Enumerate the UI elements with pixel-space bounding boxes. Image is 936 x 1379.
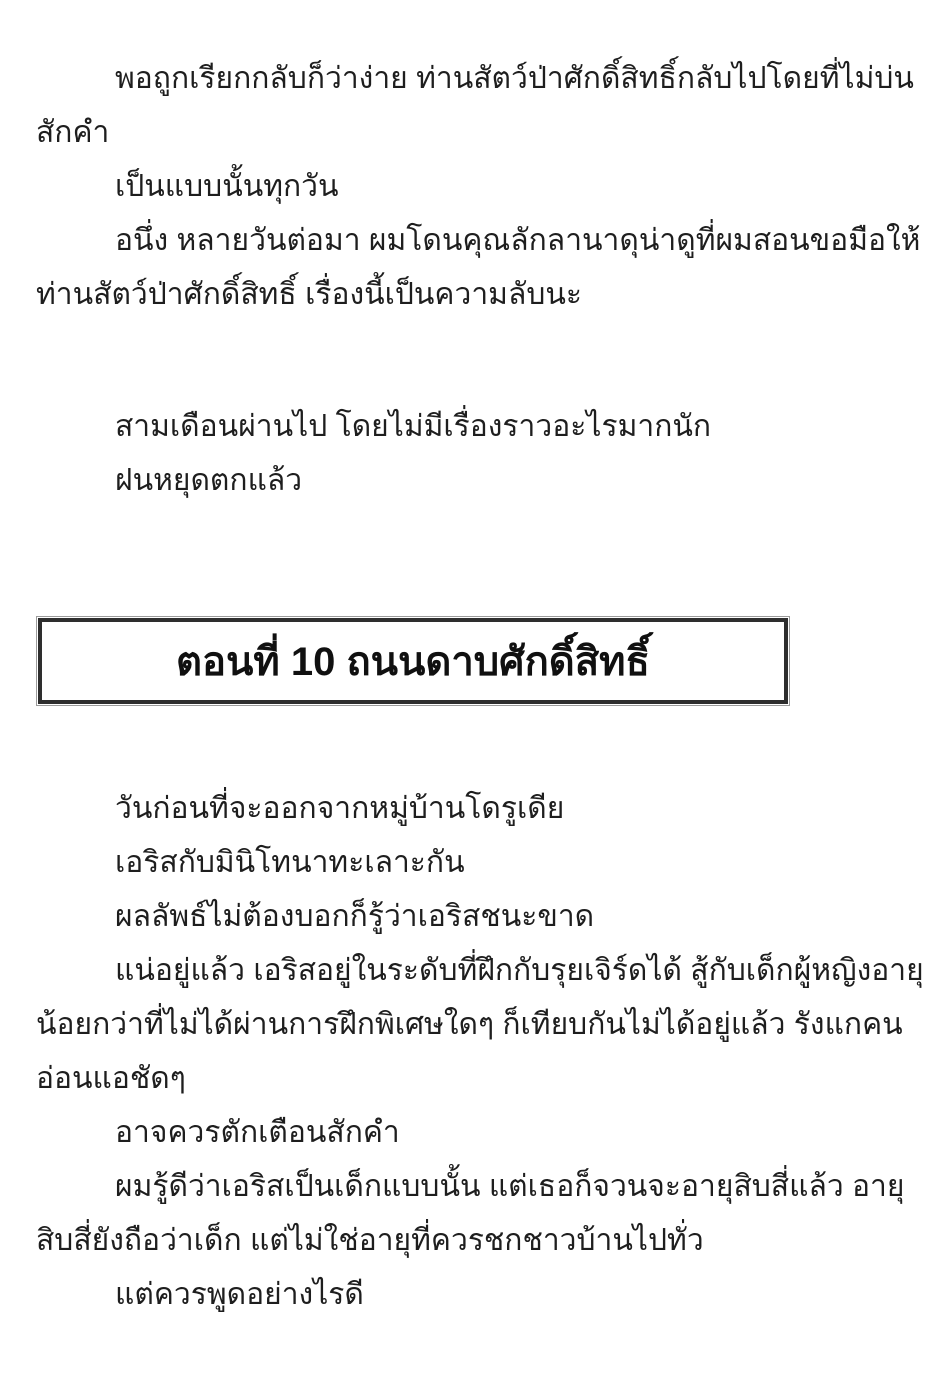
blank-gap-2 [36, 508, 896, 618]
text-line: วันก่อนที่จะออกจากหมู่บ้านโดรูเดีย [36, 782, 896, 836]
text-line: ฝนหยุดตกแล้ว [36, 454, 896, 508]
paragraph-block-1: พอถูกเรียกกลับก็ว่าง่าย ท่านสัตว์ป่าศักด… [36, 52, 896, 322]
blank-gap-1 [36, 322, 896, 400]
text-line: พอถูกเรียกกลับก็ว่าง่าย ท่านสัตว์ป่าศักด… [36, 52, 896, 106]
text-line: เป็นแบบนั้นทุกวัน [36, 160, 896, 214]
blank-gap-3 [36, 704, 896, 782]
text-line: ท่านสัตว์ป่าศักดิ์สิทธิ์ เรื่องนี้เป็นคว… [36, 268, 896, 322]
text-line: แน่อยู่แล้ว เอริสอยู่ในระดับที่ฝึกกับรุย… [36, 944, 896, 998]
ebook-page: { "page": { "background_color": "#ffffff… [0, 0, 936, 1379]
paragraph-block-2: สามเดือนผ่านไป โดยไม่มีเรื่องราวอะไรมากน… [36, 400, 896, 508]
text-line: สักคำ [36, 106, 896, 160]
text-line: แต่ควรพูดอย่างไรดี [36, 1268, 896, 1322]
text-line: เอริสกับมินิโทนาทะเลาะกัน [36, 836, 896, 890]
chapter-heading-box: ตอนที่ 10 ถนนดาบศักดิ์สิทธิ์ [38, 618, 788, 704]
document-page: พอถูกเรียกกลับก็ว่าง่าย ท่านสัตว์ป่าศักด… [0, 0, 936, 1379]
text-line: ผลลัพธ์ไม่ต้องบอกก็รู้ว่าเอริสชนะขาด [36, 890, 896, 944]
text-line: อนึ่ง หลายวันต่อมา ผมโดนคุณลักลานาดุน่าด… [36, 214, 896, 268]
text-line: สามเดือนผ่านไป โดยไม่มีเรื่องราวอะไรมากน… [36, 400, 896, 454]
text-line: อ่อนแอชัดๆ [36, 1052, 896, 1106]
chapter-heading-title: ตอนที่ 10 ถนนดาบศักดิ์สิทธิ์ [176, 629, 650, 693]
text-line: สิบสี่ยังถือว่าเด็ก แต่ไม่ใช่อายุที่ควรช… [36, 1214, 896, 1268]
text-line: ผมรู้ดีว่าเอริสเป็นเด็กแบบนั้น แต่เธอก็จ… [36, 1160, 896, 1214]
text-line: น้อยกว่าที่ไม่ได้ผ่านการฝึกพิเศษใดๆ ก็เท… [36, 998, 896, 1052]
paragraph-block-3: วันก่อนที่จะออกจากหมู่บ้านโดรูเดียเอริสก… [36, 782, 896, 1322]
text-line: อาจควรตักเตือนสักคำ [36, 1106, 896, 1160]
